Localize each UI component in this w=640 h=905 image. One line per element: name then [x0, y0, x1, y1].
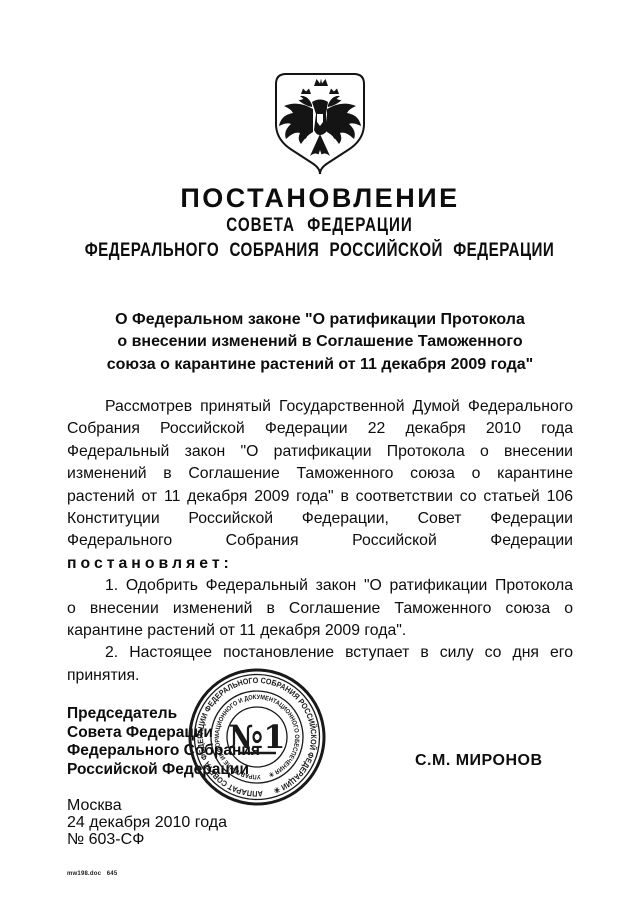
issuing-body-line1-text: СОВЕТА ФЕДЕРАЦИИ [227, 215, 413, 237]
document-type-title: ПОСТАНОВЛЕНИЕ [0, 183, 640, 214]
body-line: карантине растений от 11 декабря 2009 го… [67, 620, 573, 642]
body-line: Рассмотрев принятый Государственной Думо… [67, 396, 573, 418]
double-headed-eagle-icon [279, 79, 361, 157]
place-date-block: Москва 24 декабря 2010 года № 603-СФ [67, 797, 227, 848]
body-line: растений от 11 декабря 2009 года" в соот… [67, 486, 573, 508]
registration-stamp: АППАРАТ СОВЕТА ФЕДЕРАЦИИ ФЕДЕРАЛЬНОГО СО… [186, 666, 328, 808]
file-reference: mw198.doc 645 [67, 871, 117, 877]
body-line: 2. Настоящее постановление вступает в си… [67, 642, 573, 664]
issuing-body-line2-text: ФЕДЕРАЛЬНОГО СОБРАНИЯ РОССИЙСКОЙ ФЕДЕРАЦ… [85, 240, 555, 262]
body-line: Конституции Российской Федерации, Совет … [67, 508, 573, 530]
document-page: ПОСТАНОВЛЕНИЕ СОВЕТА ФЕДЕРАЦИИ ФЕДЕРАЛЬН… [0, 0, 640, 905]
subject-line: О Федеральном законе "О ратификации Прот… [0, 309, 640, 331]
subject-line: о внесении изменений в Соглашение Таможе… [0, 331, 640, 353]
body-line: 1. Одобрить Федеральный закон "О ратифик… [67, 575, 573, 597]
issuing-body-line1: СОВЕТА ФЕДЕРАЦИИ [0, 215, 640, 237]
coat-of-arms-icon [272, 72, 368, 176]
stamp-number: №1 [228, 718, 285, 756]
subject-heading: О Федеральном законе "О ратификации Прот… [0, 309, 640, 376]
body-line: изменений в Соглашение Таможенного союза… [67, 463, 573, 485]
body-text: Рассмотрев принятый Государственной Думо… [67, 396, 573, 687]
body-line: о внесении изменений в Соглашение Таможе… [67, 598, 573, 620]
issuing-body-line2: ФЕДЕРАЛЬНОГО СОБРАНИЯ РОССИЙСКОЙ ФЕДЕРАЦ… [0, 240, 640, 262]
body-line: Собрания Российской Федерации 22 декабря… [67, 418, 573, 440]
body-line: Федерального Собрания Российской Федерац… [67, 530, 573, 552]
place-line: Москва [67, 797, 227, 814]
document-number-line: № 603-СФ [67, 831, 227, 848]
resolves-keyword: постановляет: [67, 553, 573, 575]
subject-line: союза о карантине растений от 11 декабря… [0, 354, 640, 376]
signer-name: С.М. МИРОНОВ [415, 752, 543, 770]
body-line: Федеральный закон "О ратификации Протоко… [67, 441, 573, 463]
date-line: 24 декабря 2010 года [67, 814, 227, 831]
